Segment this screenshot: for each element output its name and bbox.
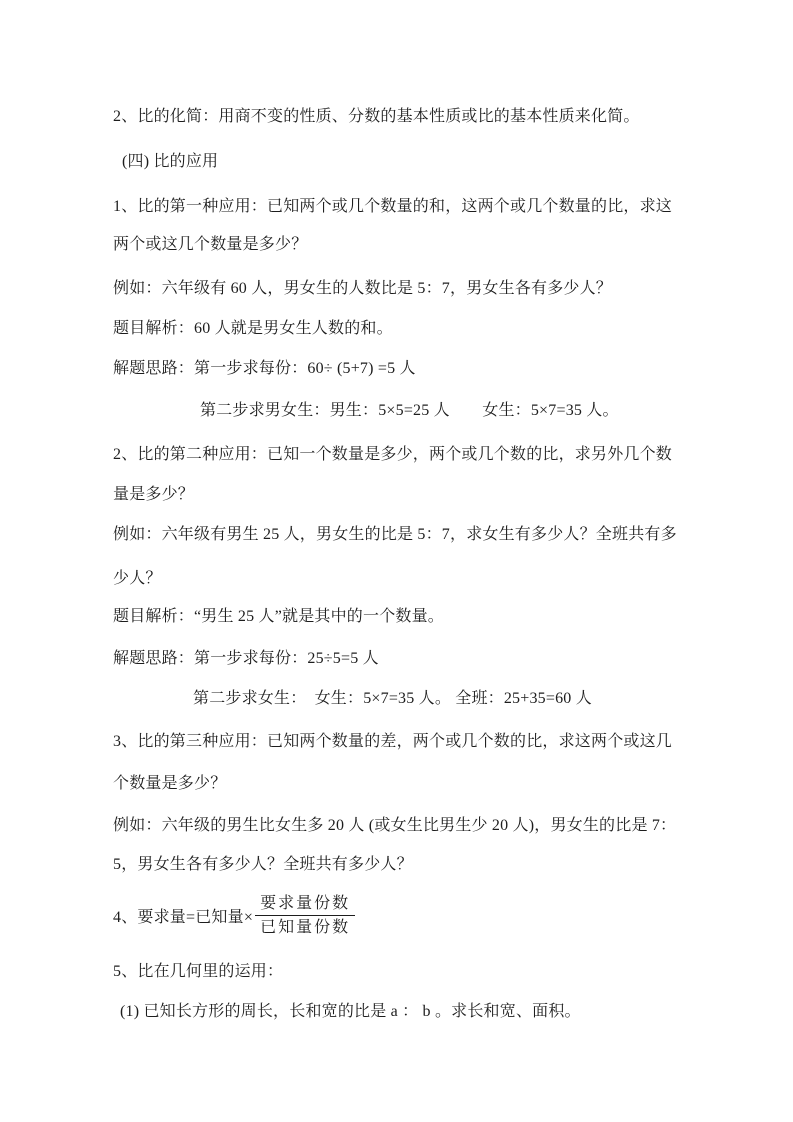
text-line: 3、比的第三种应用：已知两个数量的差，两个或几个数的比，求这两个或这几 [113,730,713,754]
text-line: 两个或这几个数量是多少？ [113,233,713,257]
text-line-indented: 第二步求女生： 女生：5×7=35 人。 全班：25+35=60 人 [193,687,793,711]
document-page: 2、比的化简：用商不变的性质、分数的基本性质或比的基本性质来化简。 (四) 比的… [0,0,793,1122]
fraction: 要求量份数 已知量份数 [255,893,355,938]
formula-prefix: 4、要求量=已知量× [113,904,253,927]
text-line: 解题思路：第一步求每份：25÷5=5 人 [113,647,713,671]
text-line: 2、比的化简：用商不变的性质、分数的基本性质或比的基本性质来化简。 [113,105,713,129]
fraction-numerator: 要求量份数 [255,893,355,916]
section-heading: (四) 比的应用 [122,150,722,174]
formula-line: 4、要求量=已知量× 要求量份数 已知量份数 [113,893,355,938]
text-line: 5、比在几何里的运用： [113,960,713,984]
text-line: 题目解析：60 人就是男女生人数的和。 [113,317,713,341]
text-line-indented: 第二步求男女生：男生：5×5=25 人 女生：5×7=35 人。 [200,399,793,423]
text-line: 例如：六年级有 60 人，男女生的人数比是 5：7，男女生各有多少人？ [113,277,713,301]
text-line: 5，男女生各有多少人？全班共有多少人？ [113,853,713,877]
text-line: 解题思路：第一步求每份：60÷ (5+7) =5 人 [113,357,713,381]
text-line: 个数量是多少？ [113,772,713,796]
text-line: 少人？ [113,567,713,591]
text-line: (1) 已知长方形的周长，长和宽的比是 a ： b 。求长和宽、面积。 [120,1000,720,1024]
text-line: 例如：六年级的男生比女生多 20 人 (或女生比男生少 20 人)，男女生的比是… [113,814,713,838]
text-line: 例如：六年级有男生 25 人，男女生的比是 5：7，求女生有多少人？全班共有多 [113,523,713,547]
fraction-denominator: 已知量份数 [255,916,355,938]
text-line: 1、比的第一种应用：已知两个或几个数量的和，这两个或几个数量的比，求这 [113,195,713,219]
text-line: 量是多少？ [113,483,713,507]
text-line: 题目解析：“男生 25 人”就是其中的一个数量。 [113,605,713,629]
text-line: 2、比的第二种应用：已知一个数量是多少，两个或几个数的比，求另外几个数 [113,443,713,467]
